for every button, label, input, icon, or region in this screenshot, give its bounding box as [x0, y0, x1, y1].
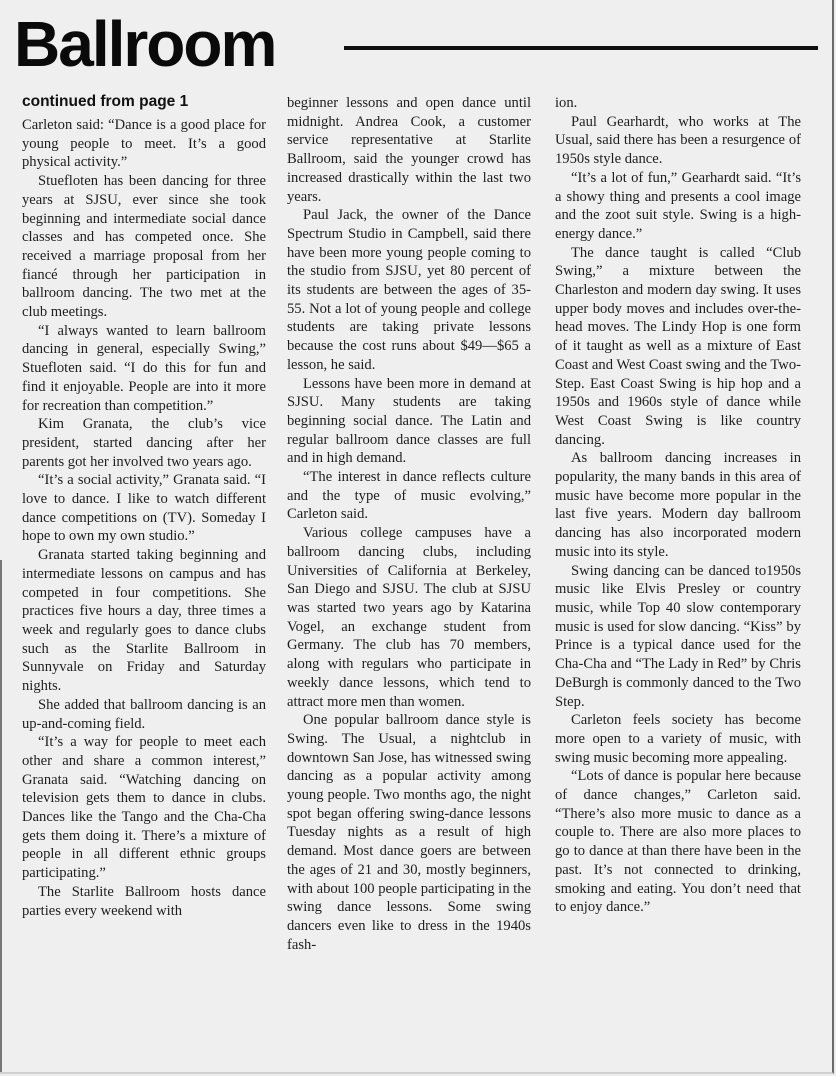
- column-1: continued from page 1 Carleton said: “Da…: [22, 92, 266, 920]
- newspaper-page: Ballroom continued from page 1 Carleton …: [0, 0, 834, 1074]
- paragraph: ion.: [555, 94, 801, 113]
- paragraph: Various college campuses have a ballroom…: [287, 524, 531, 711]
- paragraph: Swing dancing can be danced to1950s musi…: [555, 562, 801, 712]
- page-edge-border: [0, 560, 2, 1072]
- paragraph: Granata started taking beginning and int…: [22, 546, 266, 696]
- paragraph: Paul Jack, the owner of the Dance Spectr…: [287, 206, 531, 374]
- headline: Ballroom: [14, 4, 275, 84]
- paragraph: Paul Gearhardt, who works at The Usual, …: [555, 113, 801, 169]
- paragraph: The dance taught is called “Club Swing,”…: [555, 244, 801, 450]
- column-3: ion. Paul Gearhardt, who works at The Us…: [555, 94, 801, 917]
- paragraph: She added that ballroom dancing is an up…: [22, 696, 266, 733]
- paragraph: Carleton feels society has become more o…: [555, 711, 801, 767]
- paragraph: Lessons have been more in demand at SJSU…: [287, 375, 531, 469]
- continued-kicker: continued from page 1: [22, 92, 266, 112]
- paragraph: Stuefloten has been dancing for three ye…: [22, 172, 266, 322]
- paragraph: “The interest in dance reflects culture …: [287, 468, 531, 524]
- paragraph: “Lots of dance is popular here because o…: [555, 767, 801, 917]
- paragraph: “It’s a social activity,” Granata said. …: [22, 471, 266, 546]
- paragraph: One popular ballroom dance style is Swin…: [287, 711, 531, 954]
- paragraph: “It’s a way for people to meet each othe…: [22, 733, 266, 883]
- paragraph: The Starlite Ballroom hosts dance partie…: [22, 883, 266, 920]
- article-body: continued from page 1 Carleton said: “Da…: [22, 92, 812, 1062]
- paragraph: “It’s a lot of fun,” Gearhardt said. “It…: [555, 169, 801, 244]
- paragraph: beginner lessons and open dance until mi…: [287, 94, 531, 206]
- column-2: beginner lessons and open dance until mi…: [287, 94, 531, 954]
- article-header: Ballroom: [14, 10, 814, 82]
- paragraph: “I always wanted to learn ballroom danci…: [22, 322, 266, 416]
- paragraph: As ballroom dancing increases in popular…: [555, 449, 801, 561]
- headline-rule: [344, 46, 818, 50]
- paragraph: Carleton said: “Dance is a good place fo…: [22, 116, 266, 172]
- paragraph: Kim Granata, the club’s vice president, …: [22, 415, 266, 471]
